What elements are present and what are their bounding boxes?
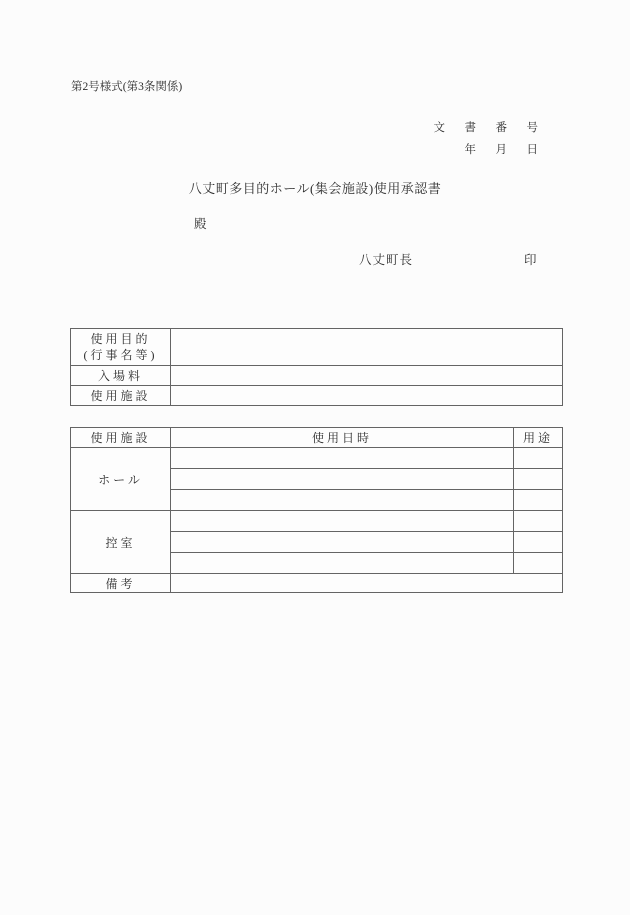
hall-purpose-cell bbox=[514, 490, 563, 511]
seal-mark: 印 bbox=[524, 250, 537, 268]
waiting-room-datetime-cell bbox=[171, 553, 514, 574]
document-number-heading: 文 書 番 号 bbox=[434, 119, 543, 135]
page-title: 八丈町多目的ホール(集会施設)使用承認書 bbox=[0, 178, 630, 197]
form-number-label: 第2号様式(第3条関係) bbox=[71, 78, 182, 94]
waiting-room-purpose-cell bbox=[514, 532, 563, 553]
header-facility-cell: 使用施設 bbox=[71, 428, 171, 448]
hall-row: ホール bbox=[71, 448, 563, 469]
remarks-row: 備考 bbox=[71, 574, 563, 593]
hall-datetime-cell bbox=[171, 469, 514, 490]
header-datetime-cell: 使用日時 bbox=[171, 428, 514, 448]
facility-value-cell bbox=[171, 386, 563, 406]
waiting-room-datetime-cell bbox=[171, 511, 514, 532]
admission-label-cell: 入場料 bbox=[71, 366, 171, 386]
table-row: 入場料 bbox=[71, 366, 563, 386]
usage-schedule-table: 使用施設 使用日時 用途 ホール 控室 bbox=[70, 427, 563, 593]
purpose-label-line1: 使用目的 bbox=[75, 331, 166, 347]
remarks-label-cell: 備考 bbox=[71, 574, 171, 593]
waiting-room-datetime-cell bbox=[171, 532, 514, 553]
hall-purpose-cell bbox=[514, 469, 563, 490]
purpose-label-line2: (行事名等) bbox=[75, 347, 166, 363]
document-page: 第2号様式(第3条関係) 文 書 番 号 年 月 日 八丈町多目的ホール(集会施… bbox=[0, 0, 630, 915]
recipient-honorific: 殿 bbox=[194, 214, 207, 232]
hall-datetime-cell bbox=[171, 490, 514, 511]
purpose-value-cell bbox=[171, 329, 563, 366]
hall-datetime-cell bbox=[171, 448, 514, 469]
waiting-room-row: 控室 bbox=[71, 511, 563, 532]
table-row: 使用目的 (行事名等) bbox=[71, 329, 563, 366]
admission-value-cell bbox=[171, 366, 563, 386]
hall-label-cell: ホール bbox=[71, 448, 171, 511]
hall-purpose-cell bbox=[514, 448, 563, 469]
purpose-label-cell: 使用目的 (行事名等) bbox=[71, 329, 171, 366]
usage-summary-table: 使用目的 (行事名等) 入場料 使用施設 bbox=[70, 328, 563, 406]
header-purpose-cell: 用途 bbox=[514, 428, 563, 448]
remarks-value-cell bbox=[171, 574, 563, 593]
waiting-room-purpose-cell bbox=[514, 511, 563, 532]
waiting-room-label-cell: 控室 bbox=[71, 511, 171, 574]
table-row: 使用施設 bbox=[71, 386, 563, 406]
schedule-header-row: 使用施設 使用日時 用途 bbox=[71, 428, 563, 448]
waiting-room-purpose-cell bbox=[514, 553, 563, 574]
date-blank-line: 年 月 日 bbox=[465, 141, 543, 157]
facility-label-cell: 使用施設 bbox=[71, 386, 171, 406]
issuer-name: 八丈町長 bbox=[359, 250, 413, 268]
